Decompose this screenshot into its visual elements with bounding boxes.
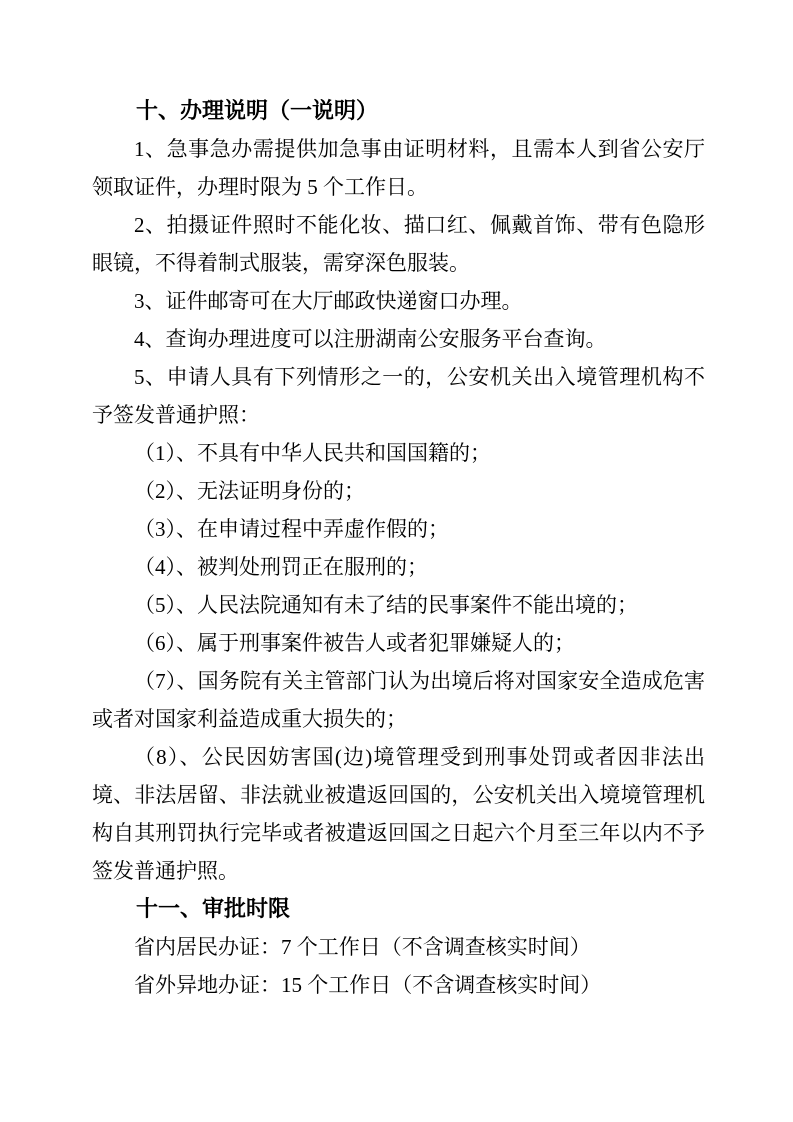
para-progress-inquiry: 4、查询办理进度可以注册湖南公安服务平台查询。 <box>92 320 705 358</box>
para-mail-delivery: 3、证件邮寄可在大厅邮政快递窗口办理。 <box>92 282 705 320</box>
document-page: 十、办理说明（一说明） 1、急事急办需提供加急事由证明材料，且需本人到省公安厅领… <box>0 0 793 1122</box>
denial-item-5-civil-case: （5）、人民法院通知有未了结的民事案件不能出境的； <box>92 586 705 624</box>
denial-item-4-serving-sentence: （4）、被判处刑罚正在服刑的； <box>92 548 705 586</box>
denial-item-6-criminal-suspect: （6）、属于刑事案件被告人或者犯罪嫌疑人的； <box>92 624 705 662</box>
para-urgent-processing: 1、急事急办需提供加急事由证明材料，且需本人到省公安厅领取证件，办理时限为 5 … <box>92 130 705 206</box>
denial-item-1-no-nationality: （1）、不具有中华人民共和国国籍的； <box>92 434 705 472</box>
denial-item-3-fraud: （3）、在申请过程中弄虚作假的； <box>92 510 705 548</box>
denial-item-8-border-violation: （8）、公民因妨害国(边)境管理受到刑事处罚或者因非法出境、非法居留、非法就业被… <box>92 738 705 890</box>
denial-item-2-identity-unproven: （2）、无法证明身份的； <box>92 472 705 510</box>
heading-section-11-approval-time-limit: 十一、审批时限 <box>92 890 705 928</box>
para-out-province-time-limit: 省外异地办证：15 个工作日（不含调查核实时间） <box>92 966 705 1004</box>
para-photo-requirements: 2、拍摄证件照时不能化妆、描口红、佩戴首饰、带有色隐形眼镜，不得着制式服装，需穿… <box>92 206 705 282</box>
denial-item-7-national-security: （7）、国务院有关主管部门认为出境后将对国家安全造成危害或者对国家利益造成重大损… <box>92 662 705 738</box>
para-passport-denial-intro: 5、申请人具有下列情形之一的，公安机关出入境管理机构不予签发普通护照： <box>92 358 705 434</box>
para-in-province-time-limit: 省内居民办证：7 个工作日（不含调查核实时间） <box>92 928 705 966</box>
heading-section-10-processing-notes: 十、办理说明（一说明） <box>92 92 705 130</box>
